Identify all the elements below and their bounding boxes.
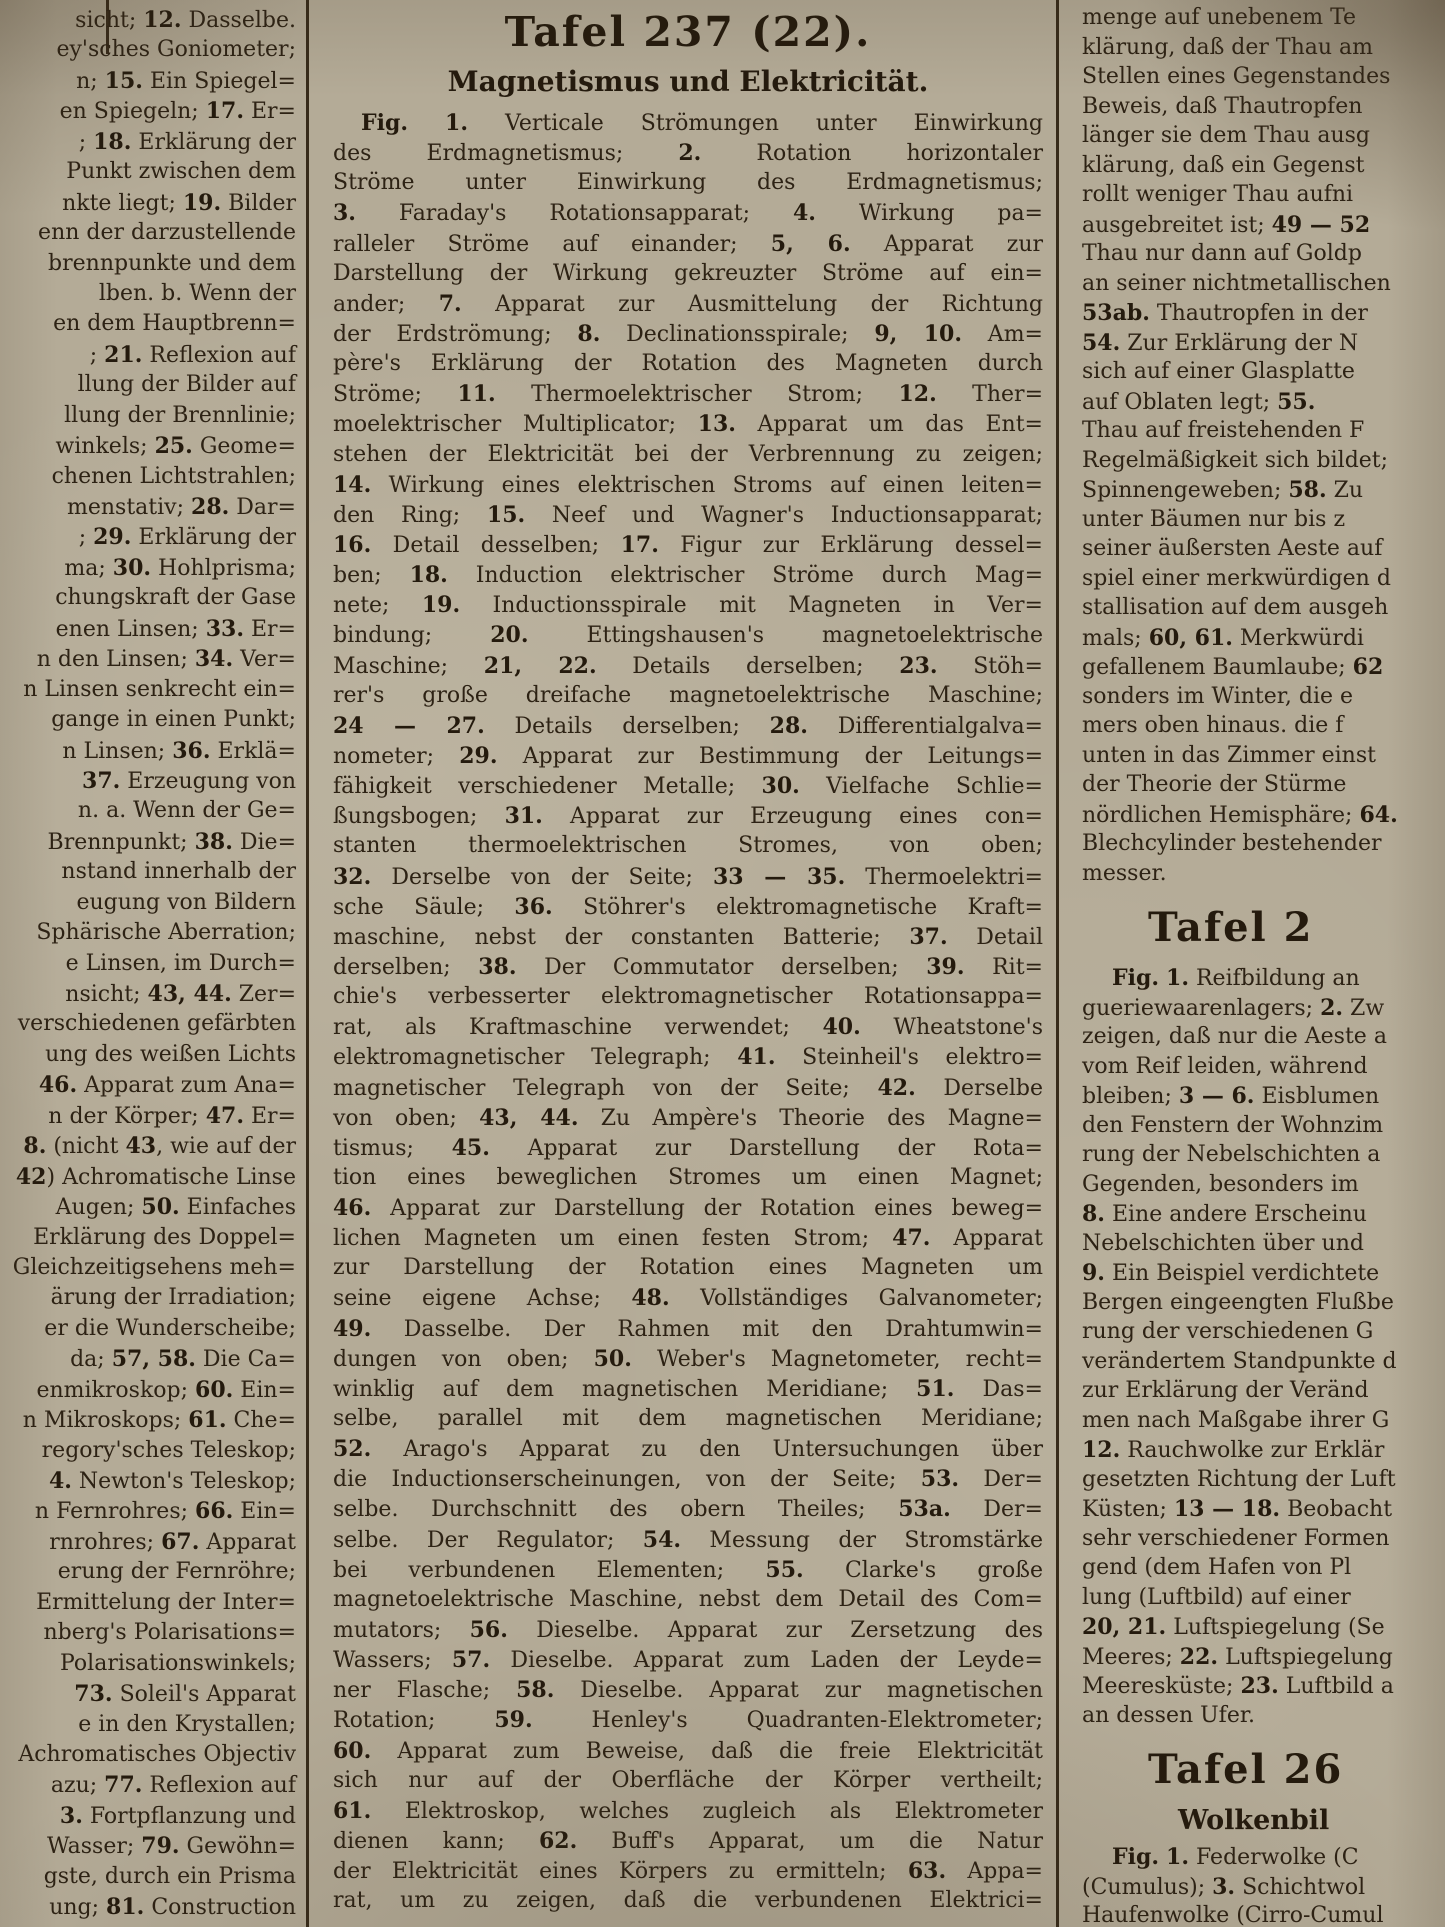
text-line: nometer; 29. Apparat zur Bestimmung der … <box>333 741 1043 771</box>
text-line: gange in einen Punkt; <box>0 705 298 735</box>
text-line: erung der Fernröhre; <box>0 1557 298 1587</box>
text-line: 4. Newton's Teleskop; <box>0 1466 298 1496</box>
text-line: Erklärung des Doppel= <box>0 1223 298 1253</box>
text-line: spiel einer merkwürdigen d <box>1082 564 1445 594</box>
text-line: sche Säule; 36. Stöhrer's elektromagneti… <box>333 892 1043 922</box>
text-line: stallisation auf dem ausgeh <box>1082 593 1445 623</box>
text-line: rer's große dreifache magnetoelektrische… <box>333 681 1043 711</box>
text-line: n Linsen; 36. Erklä= <box>0 736 298 766</box>
text-line: unten in das Zimmer einst <box>1082 741 1445 771</box>
text-line: ey'sches Goniometer; <box>0 35 298 65</box>
text-line: gesetzten Richtung der Luft <box>1082 1465 1445 1495</box>
text-line: ma; 30. Hohlprisma; <box>0 553 298 583</box>
text-line: selbe, parallel mit dem magnetischen Mer… <box>333 1404 1043 1434</box>
text-line: rung der verschiedenen G <box>1082 1317 1445 1347</box>
text-line: Meeres; 22. Luftspiegelung <box>1082 1642 1445 1672</box>
text-line: men nach Maßgabe ihrer G <box>1082 1406 1445 1436</box>
text-block: Fig. 1. Federwolke (C(Cumulus); 3. Schic… <box>1082 1842 1445 1927</box>
text-line: ausgebreitet ist; 49 — 52 <box>1082 210 1445 240</box>
text-line: stehen der Elektricität bei der Verbrenn… <box>333 440 1043 470</box>
text-line: eugung von Bildern <box>0 888 298 918</box>
text-line: ßungsbogen; 31. Apparat zur Erzeugung ei… <box>333 801 1043 831</box>
text-line: sich nur auf der Oberfläche der Körper v… <box>333 1766 1043 1796</box>
text-line: selbe. Der Regulator; 54. Messung der St… <box>333 1525 1043 1555</box>
text-line: Ermittelung der Inter= <box>0 1588 298 1618</box>
text-line: die Inductionserscheinungen, von der Sei… <box>333 1464 1043 1494</box>
text-line: rat, als Kraftmaschine verwendet; 40. Wh… <box>333 1012 1043 1042</box>
text-line: llung der Brennlinie; <box>0 401 298 431</box>
text-line: 20, 21. Luftspiegelung (Se <box>1082 1612 1445 1642</box>
text-line: zur Erklärung der Veränd <box>1082 1376 1445 1406</box>
text-line: mutators; 56. Dieselbe. Apparat zur Zers… <box>333 1615 1043 1645</box>
text-line: Ströme unter Einwirkung des Erdmagnetism… <box>333 168 1043 198</box>
text-line: Punkt zwischen dem <box>0 157 298 187</box>
text-line: ung des weißen Lichts <box>0 1040 298 1070</box>
text-line: Brennpunkt; 38. Die= <box>0 827 298 857</box>
text-line: Ströme; 11. Thermoelektrischer Strom; 12… <box>333 379 1043 409</box>
text-line: Regelmäßigkeit sich bildet; <box>1082 446 1445 476</box>
text-line: Fig. 1. Verticale Strömungen unter Einwi… <box>333 108 1043 138</box>
text-line: magnetoelektrische Maschine, nebst dem D… <box>333 1585 1043 1615</box>
text-line: stanten thermoelektrischen Stromes, von … <box>333 831 1043 861</box>
text-line: des Erdmagnetismus; 2. Rotation horizont… <box>333 138 1043 168</box>
text-line: Spinnengeweben; 58. Zu <box>1082 475 1445 505</box>
text-line: ander; 7. Apparat zur Ausmittelung der R… <box>333 289 1043 319</box>
text-line: dungen von oben; 50. Weber's Magnetomete… <box>333 1344 1043 1374</box>
text-line: Wasser; 79. Gewöhn= <box>0 1831 298 1861</box>
text-line: sehr verschiedener Formen <box>1082 1524 1445 1554</box>
text-line: moelektrischer Multiplicator; 13. Appara… <box>333 409 1043 439</box>
text-line: 73. Soleil's Apparat <box>0 1679 298 1709</box>
text-line: 37. Erzeugung von <box>0 766 298 796</box>
text-line: bleiben; 3 — 6. Eisblumen <box>1082 1081 1445 1111</box>
text-line: n Fernrohres; 66. Ein= <box>0 1496 298 1526</box>
text-line: n Mikroskops; 61. Che= <box>0 1405 298 1435</box>
text-line: ; 29. Erklärung der <box>0 522 298 552</box>
text-line: 61. Elektroskop, welches zugleich als El… <box>333 1796 1043 1826</box>
text-line: ung; 81. Construction <box>0 1892 298 1922</box>
text-line: 9. Ein Beispiel verdichtete <box>1082 1258 1445 1288</box>
text-line: nete; 19. Inductionsspirale mit Magneten… <box>333 590 1043 620</box>
text-line: Gleichzeitigsehens meh= <box>0 1253 298 1283</box>
text-line: magnetischer Telegraph von der Seite; 42… <box>333 1073 1043 1103</box>
text-line: chie's verbesserter elektromagnetischer … <box>333 982 1043 1012</box>
text-line: Achromatisches Objectiv <box>0 1740 298 1770</box>
text-line: e in den Krystallen; <box>0 1710 298 1740</box>
text-line: lung (Luftbild) auf einer <box>1082 1583 1445 1613</box>
text-line: Maschine; 21, 22. Details derselben; 23.… <box>333 651 1043 681</box>
text-line: er die Wunderscheibe; <box>0 1314 298 1344</box>
text-line: ärung der Irradiation; <box>0 1283 298 1313</box>
text-line: elektromagnetischer Telegraph; 41. Stein… <box>333 1042 1043 1072</box>
text-line: lben. b. Wenn der <box>0 279 298 309</box>
text-line: 54. Zur Erklärung der N <box>1082 328 1445 358</box>
text-line: en Spiegeln; 17. Er= <box>0 96 298 126</box>
text-block: menge auf unebenem Teklärung, daß der Th… <box>1082 3 1445 888</box>
text-line: menstativ; 28. Dar= <box>0 492 298 522</box>
text-line: Rotation; 59. Henley's Quadranten-Elektr… <box>333 1705 1043 1735</box>
text-line: klärung, daß ein Gegenst <box>1082 151 1445 181</box>
text-line: verändertem Standpunkte d <box>1082 1347 1445 1377</box>
text-line: (Cumulus); 3. Schichtwol <box>1082 1872 1445 1902</box>
plate-subtitle: Magnetismus und Elektricität. <box>333 65 1043 98</box>
text-line: chungskraft der Gase <box>0 583 298 613</box>
plate-title: Tafel 2 <box>1148 904 1445 951</box>
text-line: gueriewaarenlagers; 2. Zw <box>1082 993 1445 1023</box>
text-line: selbe. Durchschnitt des obern Theiles; 5… <box>333 1494 1043 1524</box>
text-line: ; 21. Reflexion auf <box>0 340 298 370</box>
text-line: e Linsen, im Durch= <box>0 949 298 979</box>
text-line: enmikroskop; 60. Ein= <box>0 1375 298 1405</box>
text-line: ben; 18. Induction elektrischer Ströme d… <box>333 560 1043 590</box>
text-line: Augen; 50. Einfaches <box>0 1192 298 1222</box>
text-line: klärung, daß der Thau am <box>1082 33 1445 63</box>
text-line: 8. (nicht 43, wie auf der <box>0 1131 298 1161</box>
text-line: nstand innerhalb der <box>0 857 298 887</box>
text-line: Fig. 1. Reifbildung an <box>1082 963 1445 993</box>
right-column: menge auf unebenem Teklärung, daß der Th… <box>1082 3 1445 1927</box>
text-line: dienen kann; 62. Buff's Apparat, um die … <box>333 1826 1043 1856</box>
text-line: llung der Bilder auf <box>0 370 298 400</box>
text-line: lichen Magneten um einen festen Strom; 4… <box>333 1223 1043 1253</box>
text-line: der Erdströmung; 8. Declinationsspirale;… <box>333 319 1043 349</box>
text-line: mals; 60, 61. Merkwürdi <box>1082 623 1445 653</box>
text-line: gend (dem Hafen von Pl <box>1082 1553 1445 1583</box>
text-line: gefallenem Baumlaube; 62 <box>1082 652 1445 682</box>
text-line: Blechcylinder bestehender <box>1082 829 1445 859</box>
text-line: an dessen Ufer. <box>1082 1701 1445 1731</box>
text-line: tismus; 45. Apparat zur Darstellung der … <box>333 1133 1043 1163</box>
text-line: länger sie dem Thau ausg <box>1082 121 1445 151</box>
text-line: seine eigene Achse; 48. Vollständiges Ga… <box>333 1283 1043 1313</box>
text-line: rollt weniger Thau aufni <box>1082 180 1445 210</box>
book-page: sicht; 12. Dasselbe.ey'sches Goniometer;… <box>0 0 1445 1927</box>
text-line: nberg's Polarisations= <box>0 1618 298 1648</box>
text-line: Thau auf freistehenden F <box>1082 416 1445 446</box>
text-line: 46. Apparat zum Ana= <box>0 1070 298 1100</box>
text-line: seiner äußersten Aeste auf <box>1082 534 1445 564</box>
text-line: Sphärische Aberration; <box>0 918 298 948</box>
text-line: 3. Fortpflanzung und <box>0 1801 298 1831</box>
text-line: père's Erklärung der Rotation des Magnet… <box>333 349 1043 379</box>
text-line: azu; 77. Reflexion auf <box>0 1770 298 1800</box>
text-line: Stellen eines Gegenstandes <box>1082 62 1445 92</box>
text-line: mers oben hinaus. die f <box>1082 711 1445 741</box>
column-divider-right <box>1056 0 1059 1927</box>
text-line: n; 15. Ein Spiegel= <box>0 66 298 96</box>
text-line: Polarisationswinkels; <box>0 1649 298 1679</box>
text-line: nördlichen Hemisphäre; 64. <box>1082 800 1445 830</box>
text-line: tion eines beweglichen Stromes um einen … <box>333 1163 1043 1193</box>
text-line: menge auf unebenem Te <box>1082 3 1445 33</box>
text-line: 14. Wirkung eines elektrischen Stroms au… <box>333 470 1043 500</box>
text-line: Wassers; 57. Dieselbe. Apparat zum Laden… <box>333 1645 1043 1675</box>
text-line: 49. Dasselbe. Der Rahmen mit den Drahtum… <box>333 1314 1043 1344</box>
text-line: von oben; 43, 44. Zu Ampère's Theorie de… <box>333 1103 1043 1133</box>
text-line: da; 57, 58. Die Ca= <box>0 1344 298 1374</box>
text-line: 12. Rauchwolke zur Erklär <box>1082 1435 1445 1465</box>
text-line: brennpunkte und dem <box>0 249 298 279</box>
text-line: enen Linsen; 33. Er= <box>0 614 298 644</box>
text-line: Meeresküste; 23. Luftbild a <box>1082 1671 1445 1701</box>
text-line: 16. Detail desselben; 17. Figur zur Erkl… <box>333 530 1043 560</box>
text-line: den Fenstern der Wohnzim <box>1082 1111 1445 1141</box>
text-line: enn der darzustellende <box>0 218 298 248</box>
text-line: zeigen, daß nur die Aeste a <box>1082 1022 1445 1052</box>
text-line: der Theorie der Stürme <box>1082 770 1445 800</box>
text-line: den Ring; 15. Neef und Wagner's Inductio… <box>333 500 1043 530</box>
text-line: vom Reif leiden, während <box>1082 1052 1445 1082</box>
text-block: Fig. 1. Reifbildung angueriewaarenlagers… <box>1082 963 1445 1730</box>
text-line: Küsten; 13 — 18. Beobacht <box>1082 1494 1445 1524</box>
text-line: 42) Achromatische Linse <box>0 1162 298 1192</box>
text-line: Thau nur dann auf Goldp <box>1082 239 1445 269</box>
text-line: nsicht; 43, 44. Zer= <box>0 979 298 1009</box>
center-column: Tafel 237 (22). Magnetismus und Elektric… <box>333 8 1043 1916</box>
text-line: nkte liegt; 19. Bilder <box>0 188 298 218</box>
text-line: Bergen eingeengten Flußbe <box>1082 1288 1445 1318</box>
text-line: unter Bäumen nur bis z <box>1082 505 1445 535</box>
column-divider-left <box>306 0 309 1927</box>
text-line: chenen Lichtstrahlen; <box>0 462 298 492</box>
text-line: 24 — 27. Details derselben; 28. Differen… <box>333 711 1043 741</box>
text-line: n Linsen senkrecht ein= <box>0 675 298 705</box>
text-line: 3. Faraday's Rotationsapparat; 4. Wirkun… <box>333 198 1043 228</box>
text-line: verschiedenen gefärbten <box>0 1009 298 1039</box>
text-line: n den Linsen; 34. Ver= <box>0 644 298 674</box>
text-line: Haufenwolke (Cirro-Cumul <box>1082 1901 1445 1927</box>
text-line: Nebelschichten über und <box>1082 1229 1445 1259</box>
text-line: Darstellung der Wirkung gekreuzter Ström… <box>333 259 1043 289</box>
text-line: bei verbundenen Elementen; 55. Clarke's … <box>333 1555 1043 1585</box>
text-line: Fig. 1. Federwolke (C <box>1082 1842 1445 1872</box>
text-line: Beweis, daß Thautropfen <box>1082 92 1445 122</box>
text-line: an seiner nichtmetallischen <box>1082 269 1445 299</box>
text-line: ; 18. Erklärung der <box>0 127 298 157</box>
text-line: 53ab. Thautropfen in der <box>1082 298 1445 328</box>
text-line: ralleler Ströme auf einander; 5, 6. Appa… <box>333 229 1043 259</box>
text-line: sonders im Winter, die e <box>1082 682 1445 712</box>
text-line: 46. Apparat zur Darstellung der Rotation… <box>333 1193 1043 1223</box>
plate-subtitle: Wolkenbil <box>1178 1805 1445 1836</box>
text-line: fähigkeit verschiedener Metalle; 30. Vie… <box>333 771 1043 801</box>
text-line: Gegenden, besonders im <box>1082 1170 1445 1200</box>
left-column: sicht; 12. Dasselbe.ey'sches Goniometer;… <box>0 5 298 1923</box>
text-line: winkels; 25. Geome= <box>0 431 298 461</box>
text-line: n der Körper; 47. Er= <box>0 1101 298 1131</box>
text-line: en dem Hauptbrenn= <box>0 309 298 339</box>
text-line: rat, um zu zeigen, daß die verbundenen E… <box>333 1886 1043 1916</box>
text-line: 8. Eine andere Erscheinu <box>1082 1199 1445 1229</box>
text-line: gste, durch ein Prisma <box>0 1862 298 1892</box>
text-line: sicht; 12. Dasselbe. <box>0 5 298 35</box>
text-line: derselben; 38. Der Commutator derselben;… <box>333 952 1043 982</box>
text-line: rung der Nebelschichten a <box>1082 1140 1445 1170</box>
plate-title: Tafel 237 (22). <box>333 8 1043 56</box>
text-line: maschine, nebst der constanten Batterie;… <box>333 922 1043 952</box>
text-line: bindung; 20. Ettingshausen's magnetoelek… <box>333 620 1043 650</box>
center-column-text: Fig. 1. Verticale Strömungen unter Einwi… <box>333 108 1043 1916</box>
text-line: 52. Arago's Apparat zu den Untersuchunge… <box>333 1434 1043 1464</box>
text-line: auf Oblaten legt; 55. <box>1082 387 1445 417</box>
text-line: n. a. Wenn der Ge= <box>0 796 298 826</box>
plate-title: Tafel 26 <box>1148 1746 1445 1793</box>
text-line: der Elektricität eines Körpers zu ermitt… <box>333 1856 1043 1886</box>
text-line: zur Darstellung der Rotation eines Magne… <box>333 1253 1043 1283</box>
text-line: 32. Derselbe von der Seite; 33 — 35. The… <box>333 862 1043 892</box>
text-line: regory'sches Teleskop; <box>0 1436 298 1466</box>
text-line: ner Flasche; 58. Dieselbe. Apparat zur m… <box>333 1675 1043 1705</box>
text-line: messer. <box>1082 859 1445 889</box>
text-line: winklig auf dem magnetischen Meridiane; … <box>333 1374 1043 1404</box>
text-line: 60. Apparat zum Beweise, daß die freie E… <box>333 1736 1043 1766</box>
text-line: rnrohres; 67. Apparat <box>0 1527 298 1557</box>
text-line: sich auf einer Glasplatte <box>1082 357 1445 387</box>
